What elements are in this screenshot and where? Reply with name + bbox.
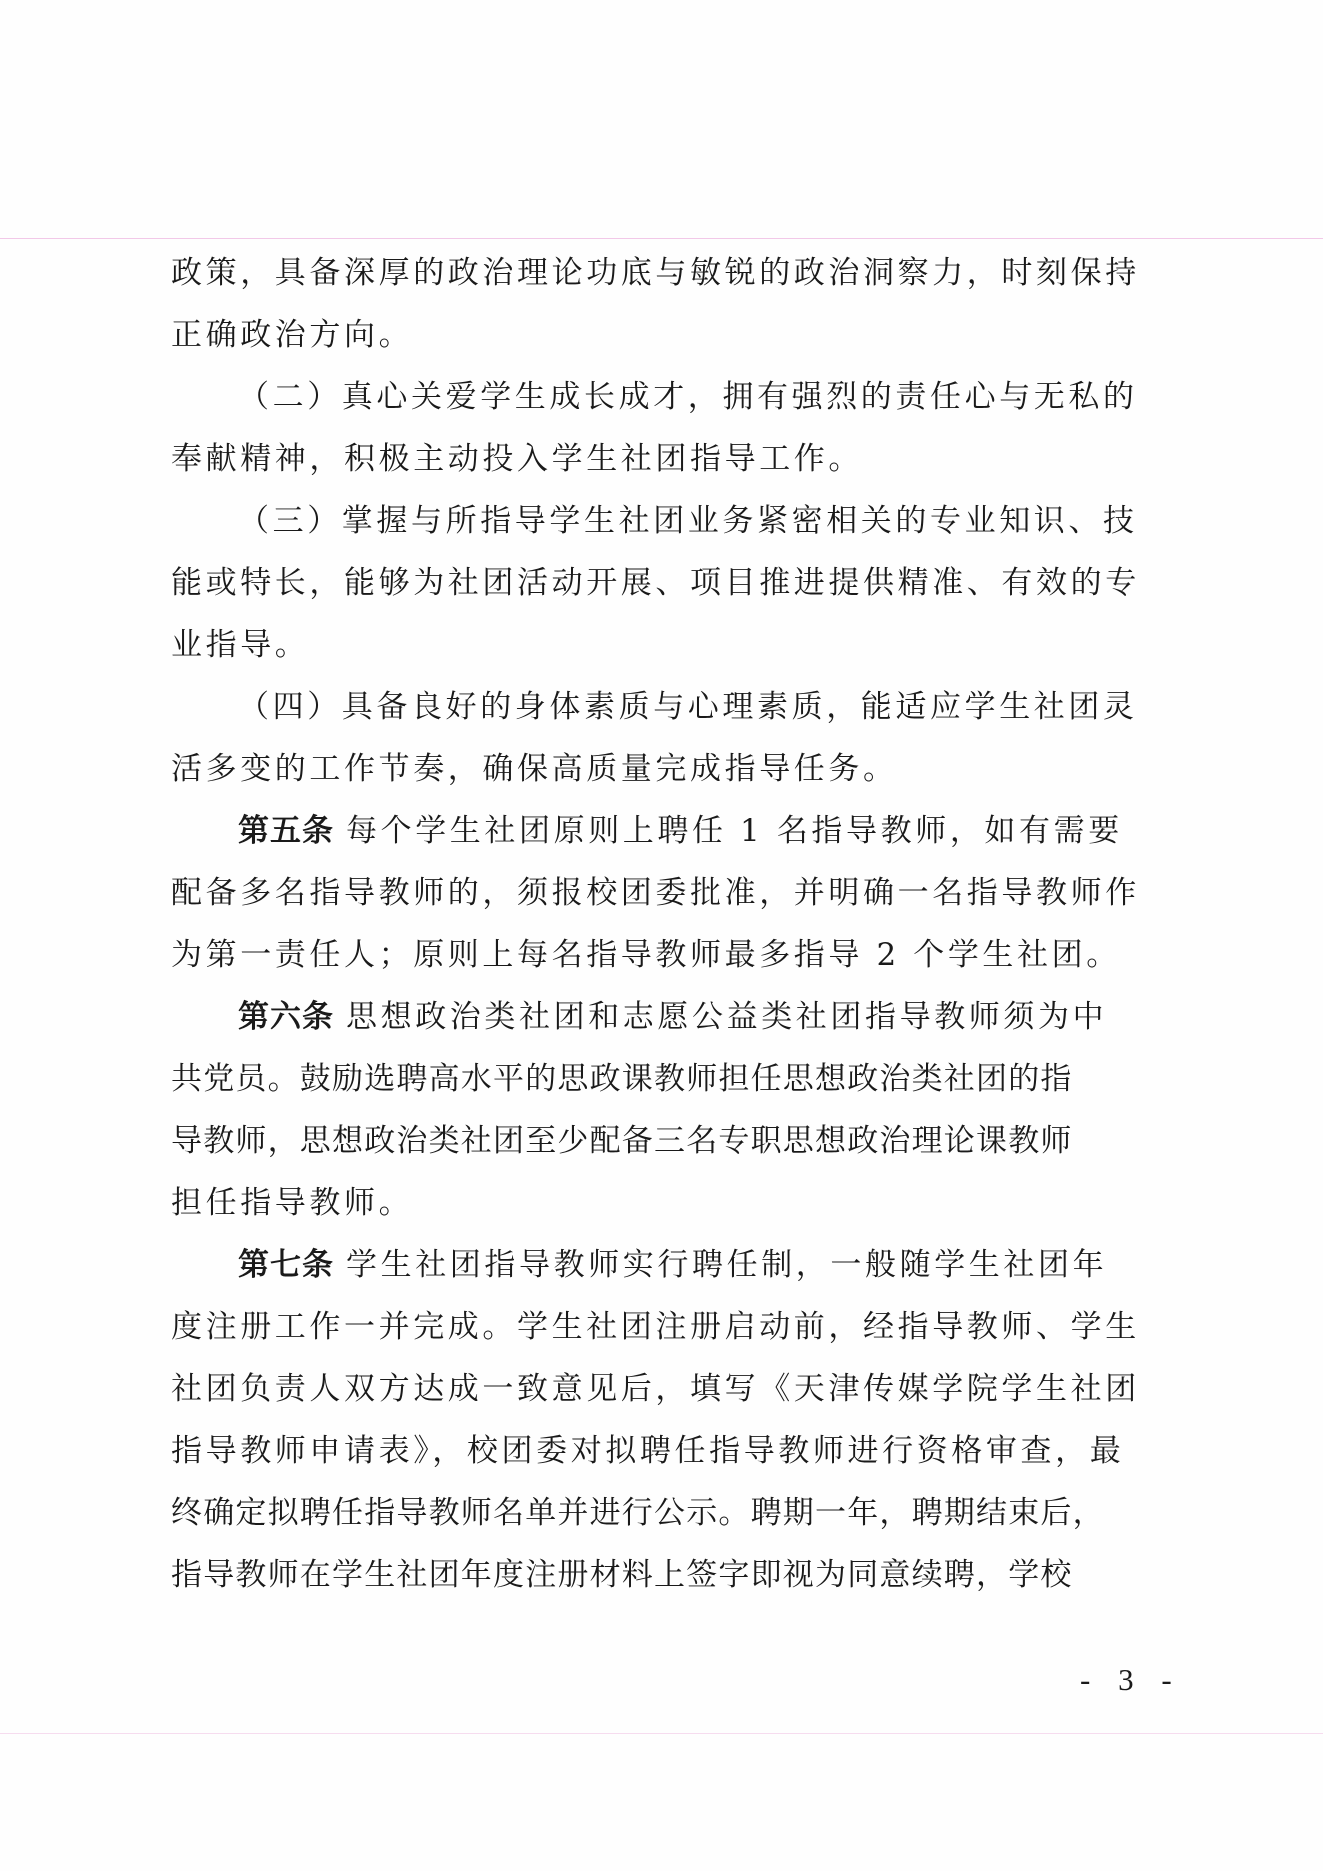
- article-5-text: 每个学生社团原则上聘任 1 名指导教师，如有需要: [346, 813, 1123, 849]
- text-line: 社团负责人双方达成一致意见后，填写《天津传媒学院学生社团: [171, 1358, 1161, 1420]
- text-line: 度注册工作一并完成。学生社团注册启动前，经指导教师、学生: [171, 1296, 1161, 1358]
- article-5-label: 第五条: [238, 813, 334, 849]
- text-line: 指导教师在学生社团年度注册材料上签字即视为同意续聘，学校: [171, 1544, 1161, 1606]
- text-line: 终确定拟聘任指导教师名单并进行公示。聘期一年，聘期结束后，: [171, 1482, 1161, 1544]
- text-line: 指导教师申请表》，校团委对拟聘任指导教师进行资格审查，最: [171, 1420, 1161, 1482]
- list-item-3-line: （三）掌握与所指导学生社团业务紧密相关的专业知识、技: [171, 490, 1161, 552]
- article-6-text: 思想政治类社团和志愿公益类社团指导教师须为中: [346, 999, 1107, 1035]
- text-line: 活多变的工作节奏，确保高质量完成指导任务。: [171, 738, 1161, 800]
- article-5-first-line: 第五条每个学生社团原则上聘任 1 名指导教师，如有需要: [171, 800, 1161, 862]
- text-line: 奉献精神，积极主动投入学生社团指导工作。: [171, 428, 1161, 490]
- document-body: 政策，具备深厚的政治理论功底与敏锐的政治洞察力，时刻保持 正确政治方向。 （二）…: [171, 242, 1161, 1606]
- header-rule: [0, 238, 1323, 239]
- text-line: 配备多名指导教师的，须报校团委批准，并明确一名指导教师作: [171, 862, 1161, 924]
- document-page: 政策，具备深厚的政治理论功底与敏锐的政治洞察力，时刻保持 正确政治方向。 （二）…: [0, 0, 1323, 1871]
- text-line: 导教师，思想政治类社团至少配备三名专职思想政治理论课教师: [171, 1110, 1161, 1172]
- text-line: 正确政治方向。: [171, 304, 1161, 366]
- text-line: 为第一责任人；原则上每名指导教师最多指导 2 个学生社团。: [171, 924, 1161, 986]
- article-7-text: 学生社团指导教师实行聘任制，一般随学生社团年: [346, 1247, 1107, 1283]
- text-line: 能或特长，能够为社团活动开展、项目推进提供精准、有效的专: [171, 552, 1161, 614]
- article-7-first-line: 第七条学生社团指导教师实行聘任制，一般随学生社团年: [171, 1234, 1161, 1296]
- text-line: 共党员。鼓励选聘高水平的思政课教师担任思想政治类社团的指: [171, 1048, 1161, 1110]
- page-number: - 3 -: [1080, 1662, 1182, 1698]
- text-line: 担任指导教师。: [171, 1172, 1161, 1234]
- article-6-first-line: 第六条思想政治类社团和志愿公益类社团指导教师须为中: [171, 986, 1161, 1048]
- text-line: 政策，具备深厚的政治理论功底与敏锐的政治洞察力，时刻保持: [171, 242, 1161, 304]
- list-item-4-line: （四）具备良好的身体素质与心理素质，能适应学生社团灵: [171, 676, 1161, 738]
- list-item-2-line: （二）真心关爱学生成长成才，拥有强烈的责任心与无私的: [171, 366, 1161, 428]
- article-6-label: 第六条: [238, 999, 334, 1035]
- footer-rule: [0, 1733, 1323, 1734]
- article-7-label: 第七条: [238, 1247, 334, 1283]
- text-line: 业指导。: [171, 614, 1161, 676]
